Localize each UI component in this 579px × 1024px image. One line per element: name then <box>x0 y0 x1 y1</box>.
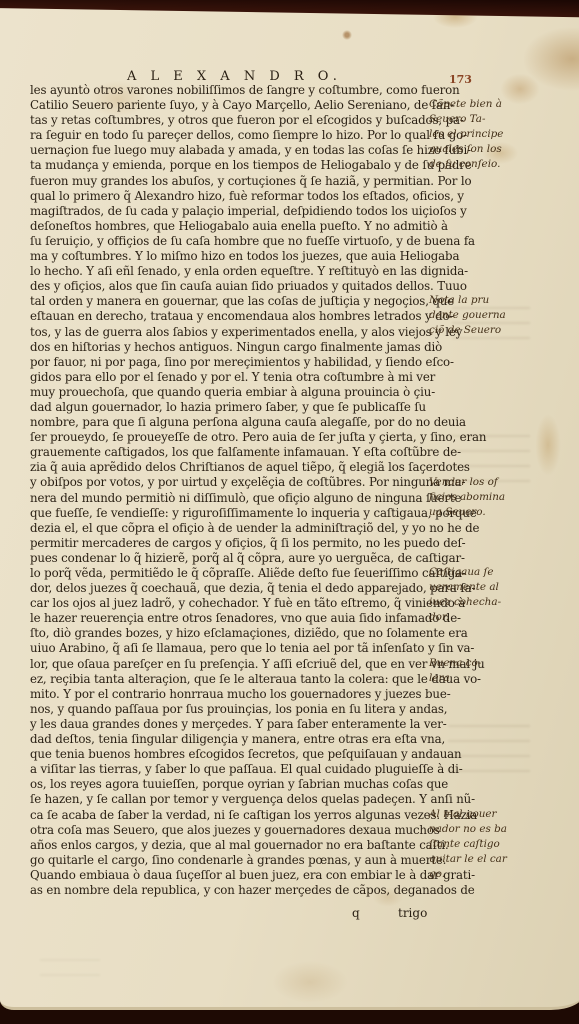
body-text-line: dor, delos juezes q̃ coechauã, que dezia… <box>30 581 426 596</box>
body-text-line: ca ſe acaba de ſaber la verdad, ni ſe ca… <box>30 808 426 823</box>
body-text-line: tos, y las de guerra alos ſabios y exper… <box>30 325 426 340</box>
margin-note-line: de ſu conſeio. <box>429 157 533 172</box>
margin-note-line: Cõpete bien à <box>429 97 533 112</box>
body-text-line: años enlos cargos, y dezia, que al mal g… <box>30 838 426 853</box>
body-text-line: os, los reyes agora tuuieſſen, porque oy… <box>30 777 426 792</box>
margin-note: Cõpete bien àSeuero Ta-les el principequ… <box>429 97 533 172</box>
body-text-line: tas y retas coſtumbres, y otros que fuer… <box>30 113 426 128</box>
body-text-line: por fauor, ni por paga, ſino por mereçim… <box>30 355 426 370</box>
margin-note-line: quales ſon los <box>429 142 533 157</box>
catchword: trigo <box>398 906 427 920</box>
body-text-line: dad algun gouernador, lo hazia primero ſ… <box>30 400 426 415</box>
margin-note-line: Caſtigaua ſe <box>429 565 533 580</box>
margin-note-line: go. <box>429 867 533 882</box>
margin-note-line: iuez cohecha- <box>429 595 533 610</box>
body-text-line: pues condenar lo q̃ hizierẽ, porq̃ al q̃… <box>30 551 426 566</box>
body-text-line: ta mudança y emienda, porque en los tiem… <box>30 158 426 173</box>
body-text-line: permitir mercaderes de cargos y ofiçios,… <box>30 536 426 551</box>
body-text-line: ſe hazen, y ſe callan por temor y vergue… <box>30 792 426 807</box>
body-text-line: ſto, diò grandes bozes, y hizo eſclamaçi… <box>30 626 426 641</box>
body-text-line: zia q̃ auia aprẽdido delos Chriſtianos d… <box>30 460 426 475</box>
body-text-line: lor, que oſaua pareſçer en ſu preſençia.… <box>30 657 426 672</box>
body-text-line: Quando embiaua ò daua ſuçeſſor al buen j… <box>30 868 426 883</box>
body-text-line: nos, y quando paſſaua por ſus prouinçias… <box>30 702 426 717</box>
body-text-line: dos en hiſtorias y hechos antiguos. Ning… <box>30 340 426 355</box>
margin-note-line: Nota la pru <box>429 293 533 308</box>
margin-note-line: çiõ de Seuero <box>429 323 533 338</box>
body-text-line: y les daua grandes dones y merçedes. Y p… <box>30 717 426 732</box>
body-text-line: y obiſpos por votos, y por uirtud y exçe… <box>30 475 426 490</box>
body-text-line: ez, reçibia tanta alteraçion, que ſe le … <box>30 672 426 687</box>
body-text: les ayuntò otros varones nobiliſſimos de… <box>30 83 426 898</box>
body-text-line: ſer proueydo, ſe proueyeſſe de otro. Per… <box>30 430 426 445</box>
margin-note-line: ua Seuero. <box>429 505 533 520</box>
margin-note-line: Seuero Ta- <box>429 112 533 127</box>
body-text-line: otra coſa mas Seuero, que alos juezes y … <box>30 823 426 838</box>
body-text-line: uiuo Arabino, q̃ aſi ſe llamaua, pero qu… <box>30 641 426 656</box>
body-text-line: lo hecho. Y aſi eñl ſenado, y enla orden… <box>30 264 426 279</box>
margin-note: Buena co-lera <box>429 656 533 686</box>
signature-mark: q <box>352 906 360 920</box>
margin-note-line: Vender los of <box>429 475 533 490</box>
margin-note: Nota la prudente gouernaçiõ de Seuero <box>429 293 533 338</box>
margin-note: Vender los officios abominaua Seuero. <box>429 475 533 520</box>
body-text-line: lo porq̃ vẽda, permitiẽdo le q̃ cõpraſſe… <box>30 566 426 581</box>
body-text-line: a viſitar las tierras, y ſaber lo que pa… <box>30 762 426 777</box>
running-title: A L E X A N D R O. <box>127 69 342 84</box>
body-text-line: uernaçion fue luego muy alabada y amada,… <box>30 143 426 158</box>
body-text-line: eſtauan en derecho, trataua y encomendau… <box>30 309 426 324</box>
margin-note-line: ſtante caſtigo <box>429 837 533 852</box>
body-text-line: le hazer reuerençia entre otros ſenadore… <box>30 611 426 626</box>
body-text-line: deſoneſtos hombres, que Heliogabalo auia… <box>30 219 426 234</box>
body-text-line: nera del mundo permitiò ni diſſimulò, qu… <box>30 491 426 506</box>
margin-note-line: lera <box>429 671 533 686</box>
body-text-line: des y ofiçios, alos que ſin cauſa auian … <box>30 279 426 294</box>
margin-note-line: ficios abomina <box>429 490 533 505</box>
body-text-line: dad deſtos, tenia ſingular diligençia y … <box>30 732 426 747</box>
body-text-line: as en nombre dela republica, y con hazer… <box>30 883 426 898</box>
body-text-line: ma y coſtumbres. Y lo miſmo hizo en todo… <box>30 249 426 264</box>
margin-note: Caſtigaua ſeueramente aliuez cohecha-dor… <box>429 565 533 625</box>
book-page-scan: A L E X A N D R O. 173 les ayuntò otros … <box>0 0 579 1024</box>
body-text-line: mito. Y por el contrario honrraua mucho … <box>30 687 426 702</box>
margin-note-line: Buena co- <box>429 656 533 671</box>
margin-note-line: dor. <box>429 610 533 625</box>
margin-note-line: dente gouerna <box>429 308 533 323</box>
body-text-line: grauemente caſtigados, los que falſament… <box>30 445 426 460</box>
body-text-line: car los ojos al juez ladrõ, y cohechador… <box>30 596 426 611</box>
body-text-line: fueron muy grandes los abuſos, y cortuçi… <box>30 174 426 189</box>
margin-note: Al mal gouernador no es baſtante caſtigo… <box>429 807 533 882</box>
margin-note-line: les el principe <box>429 127 533 142</box>
body-text-line: dezia el, el que cõpra el ofiçio à de ue… <box>30 521 426 536</box>
body-text-line: ſu ſeruiçio, y offiçios de ſu caſa hombr… <box>30 234 426 249</box>
body-text-line: les ayuntò otros varones nobiliſſimos de… <box>30 83 426 98</box>
body-text-line: que tenia buenos hombres eſcogidos ſecre… <box>30 747 426 762</box>
margin-note-line: Al mal gouer <box>429 807 533 822</box>
body-text-line: gidos para ello por el ſenado y por el. … <box>30 370 426 385</box>
margin-note-line: nador no es ba <box>429 822 533 837</box>
margin-note-line: quitar le el car <box>429 852 533 867</box>
body-text-line: nombre, para que ſi alguna perſona algun… <box>30 415 426 430</box>
margin-note-line: ueramente al <box>429 580 533 595</box>
body-text-line: qual lo primero q̃ Alexandro hizo, fuè r… <box>30 189 426 204</box>
body-text-line: muy prouechoſa, que quando queria embiar… <box>30 385 426 400</box>
body-text-line: magiſtrados, de ſu cada y palaçio imperi… <box>30 204 426 219</box>
body-text-line: tal orden y manera en gouernar, que las … <box>30 294 426 309</box>
body-text-line: go quitarle el cargo, ſino condenarle à … <box>30 853 426 868</box>
body-text-line: que fueſſe, ſe vendieſſe: y riguroſiſſim… <box>30 506 426 521</box>
ink-showthrough <box>40 959 100 977</box>
body-text-line: Catilio Seuero pariente ſuyo, y à Cayo M… <box>30 98 426 113</box>
body-text-line: ra ſeguir en todo ſu pareçer dellos, com… <box>30 128 426 143</box>
book-page: A L E X A N D R O. 173 les ayuntò otros … <box>0 7 579 1010</box>
